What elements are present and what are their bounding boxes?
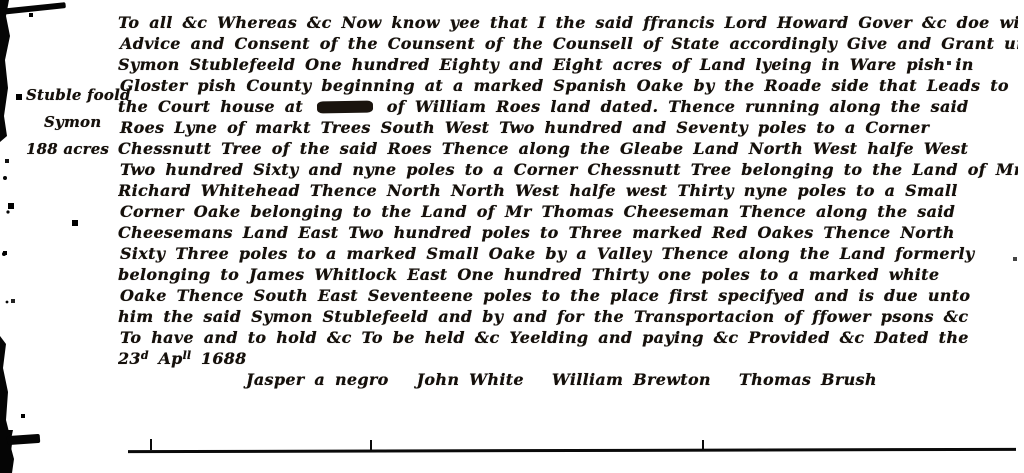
text-segment: Two hundred Sixty and nyne poles to a Co… <box>120 160 1018 179</box>
rule-tick <box>702 440 704 451</box>
manuscript-line: Richard Whitehead Thence North North Wes… <box>118 180 1018 201</box>
text-segment: of William Roes land dated. Thence runni… <box>377 97 969 116</box>
text-segment: Corner Oake belonging to the Land of Mr … <box>120 202 955 221</box>
manuscript-body: To all &c Whereas &c Now know yee that I… <box>118 12 1018 422</box>
text-segment: Jasper a negro <box>246 370 389 389</box>
ink-blob-bottom-left <box>7 434 41 445</box>
manuscript-line: 23d Apll 1688 <box>118 348 1018 369</box>
text-segment: the Court house at <box>118 97 313 116</box>
margin-note-line: 188 acres <box>26 138 122 165</box>
manuscript-line: Cheesemans Land East Two hundred poles t… <box>118 222 1018 243</box>
margin-note-line: Stuble foold <box>26 84 122 111</box>
text-segment: Cheesemans Land East Two hundred poles t… <box>118 223 955 242</box>
manuscript-line: Jasper a negroJohn WhiteWilliam BrewtonT… <box>246 369 1018 390</box>
manuscript-line: Corner Oake belonging to the Land of Mr … <box>120 201 1018 222</box>
text-segment: him the said Symon Stublefeeld and by an… <box>118 307 968 326</box>
manuscript-line: Oake Thence South East Seventeene poles … <box>120 285 1018 306</box>
text-segment: Ap <box>149 349 183 368</box>
text-segment: William Brewton <box>552 370 711 389</box>
rule-tick <box>370 440 372 451</box>
ink-specks <box>0 0 2 2</box>
manuscript-line: belonging to James Whitlock East One hun… <box>118 264 1018 285</box>
text-segment: To all &c Whereas &c Now know yee that I… <box>118 13 1018 32</box>
text-segment: John White <box>417 370 524 389</box>
text-segment: 1688 <box>191 349 247 368</box>
torn-edge-artifact <box>0 0 22 473</box>
manuscript-line: Advice and Consent of the Counsent of th… <box>120 33 1018 54</box>
rule-tick <box>150 439 152 450</box>
text-segment: Roes Lyne of markt Trees South West Two … <box>120 118 929 137</box>
document-scan: Stuble foold Symon 188 acres To all &c W… <box>0 0 1024 473</box>
manuscript-line: Sixty Three poles to a marked Small Oake… <box>120 243 1018 264</box>
manuscript-line: Symon Stublefeeld One hundred Eighty and… <box>118 54 1018 75</box>
manuscript-line: him the said Symon Stublefeeld and by an… <box>118 306 1018 327</box>
text-segment: Gloster pish County beginning at a marke… <box>120 76 1009 95</box>
manuscript-line: Chessnutt Tree of the said Roes Thence a… <box>118 138 1018 159</box>
text-segment: Chessnutt Tree of the said Roes Thence a… <box>118 139 968 158</box>
manuscript-line: To all &c Whereas &c Now know yee that I… <box>118 12 1018 33</box>
text-segment: Advice and Consent of the Counsent of th… <box>120 34 1018 53</box>
text-segment: Sixty Three poles to a marked Small Oake… <box>120 244 975 263</box>
struck-out-word <box>317 101 373 114</box>
text-segment: belonging to James Whitlock East One hun… <box>118 265 939 284</box>
text-segment: 23 <box>118 349 141 368</box>
manuscript-line: the Court house at of William Roes land … <box>118 96 1018 117</box>
manuscript-line: To have and to hold &c To be held &c Yee… <box>120 327 1018 348</box>
bottom-rule-line <box>128 448 1016 453</box>
text-segment: Oake Thence South East Seventeene poles … <box>120 286 970 305</box>
manuscript-line: Roes Lyne of markt Trees South West Two … <box>120 117 1018 138</box>
manuscript-line: Two hundred Sixty and nyne poles to a Co… <box>120 159 1018 180</box>
text-segment: Symon Stublefeeld One hundred Eighty and… <box>118 55 974 74</box>
text-segment: Richard Whitehead Thence North North Wes… <box>118 181 958 200</box>
margin-note: Stuble foold Symon 188 acres <box>26 84 122 165</box>
text-segment: d <box>141 349 149 362</box>
manuscript-line: Gloster pish County beginning at a marke… <box>120 75 1018 96</box>
text-segment: ll <box>183 349 191 362</box>
text-segment: To have and to hold &c To be held &c Yee… <box>120 328 969 347</box>
margin-note-line: Symon <box>26 111 122 138</box>
text-segment: Thomas Brush <box>739 370 877 389</box>
